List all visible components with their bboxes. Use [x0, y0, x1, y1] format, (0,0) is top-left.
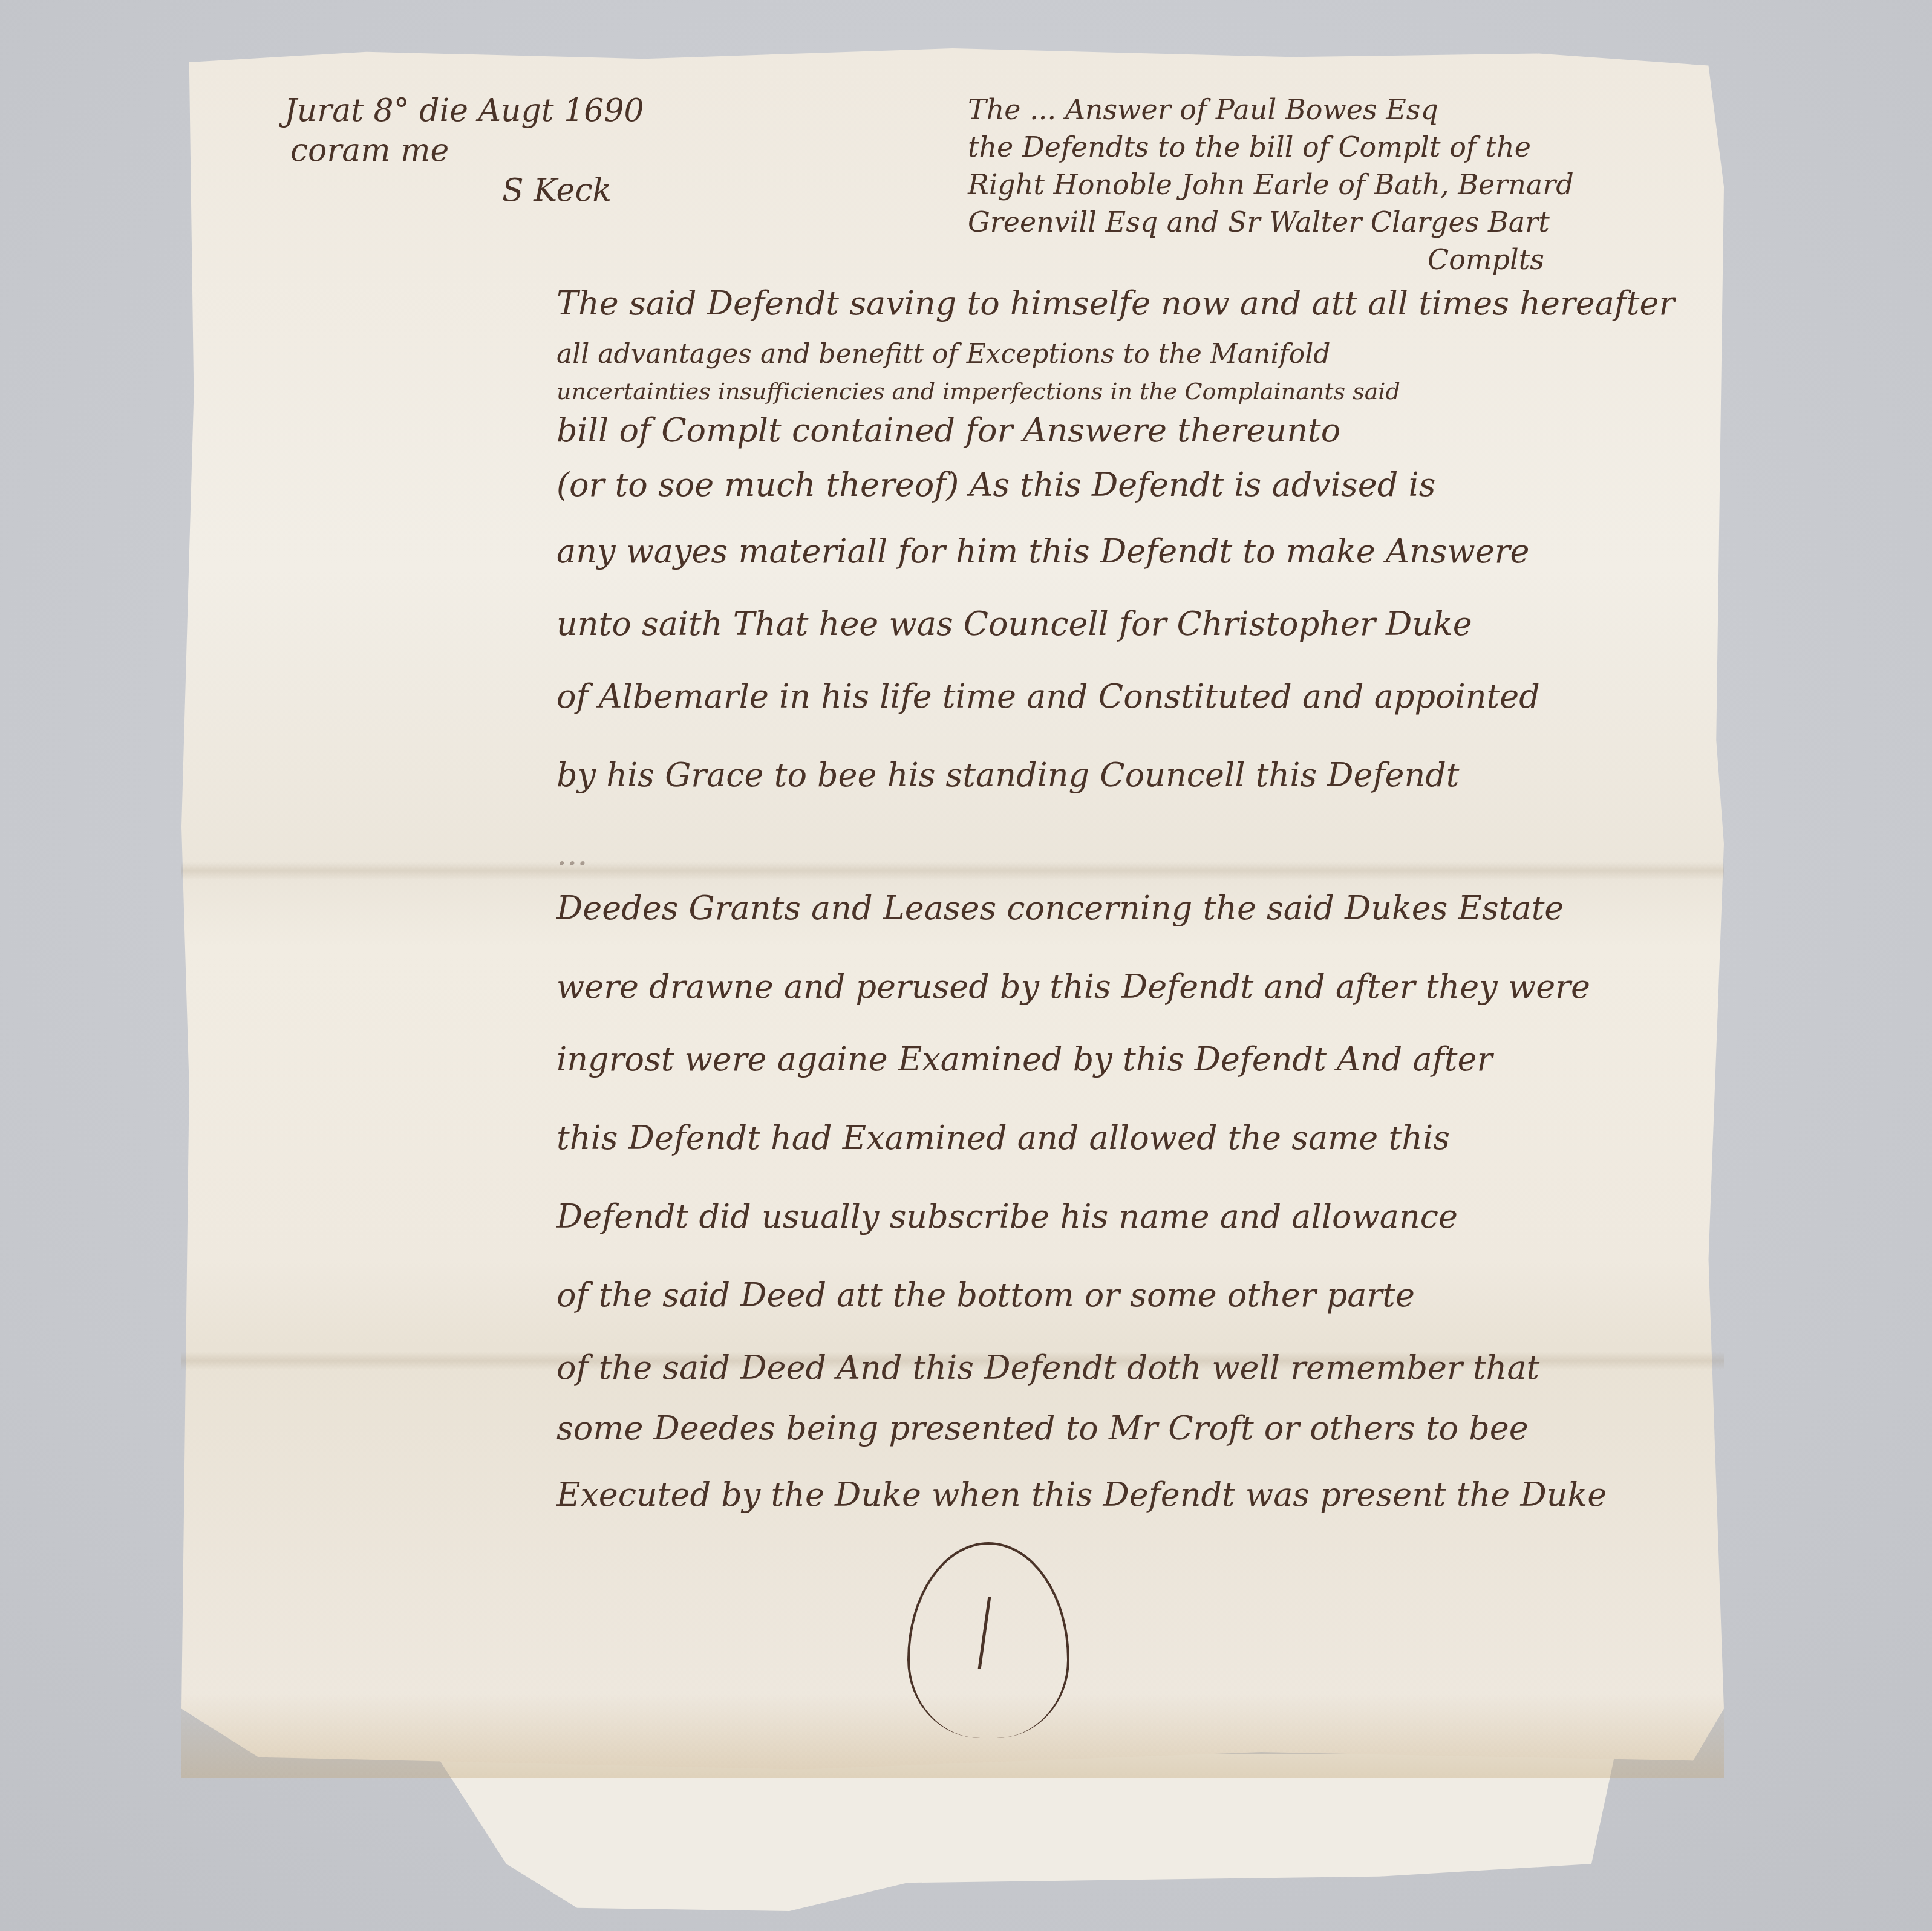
body-line: uncertainties insufficiencies and imperf…	[556, 378, 1400, 405]
title-line-3: Right Honoble John Earle of Bath, Bernar…	[968, 166, 1574, 203]
jurat-line-1: Jurat 8° die Augt 1690	[284, 91, 644, 131]
body-line: were drawne and perused by this Defendt …	[556, 968, 1590, 1006]
body-line: bill of Complt contained for Answere the…	[556, 411, 1340, 449]
body-line-obscured: ...	[556, 835, 588, 873]
body-line: ingrost were againe Examined by this Def…	[556, 1040, 1492, 1078]
body-line: of Albemarle in his life time and Consti…	[556, 677, 1540, 715]
title-line-2: the Defendts to the bill of Complt of th…	[968, 128, 1574, 166]
fold-line-upper	[181, 862, 1724, 880]
body-line: of the said Deed att the bottom or some …	[556, 1276, 1415, 1314]
jurat-signature: S Keck	[284, 171, 644, 210]
body-line: The said Defendt saving to himselfe now …	[556, 284, 1674, 322]
body-line: by his Grace to bee his standing Councel…	[556, 756, 1460, 794]
body-line: unto saith That hee was Councell for Chr…	[556, 605, 1472, 643]
jurat-line-2: coram me	[284, 131, 644, 171]
title-line-1: The ... Answer of Paul Bowes Esq	[968, 91, 1574, 128]
body-line: Defendt did usually subscribe his name a…	[556, 1197, 1458, 1236]
title-line-5: Complts	[968, 241, 1574, 278]
title-line-4: Greenvill Esq and Sr Walter Clarges Bart	[968, 203, 1574, 241]
body-line: (or to soe much thereof) As this Defendt…	[556, 466, 1435, 504]
body-line: some Deedes being presented to Mr Croft …	[556, 1409, 1529, 1447]
document-title-block: The ... Answer of Paul Bowes Esq the Def…	[968, 91, 1574, 278]
body-line: any wayes materiall for him this Defendt…	[556, 532, 1529, 570]
body-line: all advantages and benefitt of Exception…	[556, 339, 1330, 370]
jurat-note: Jurat 8° die Augt 1690 coram me S Keck	[284, 91, 644, 210]
body-line: Deedes Grants and Leases concerning the …	[556, 889, 1564, 927]
body-line: this Defendt had Examined and allowed th…	[556, 1119, 1450, 1157]
body-line: of the said Deed And this Defendt doth w…	[556, 1349, 1539, 1387]
body-line: Executed by the Duke when this Defendt w…	[556, 1476, 1607, 1514]
